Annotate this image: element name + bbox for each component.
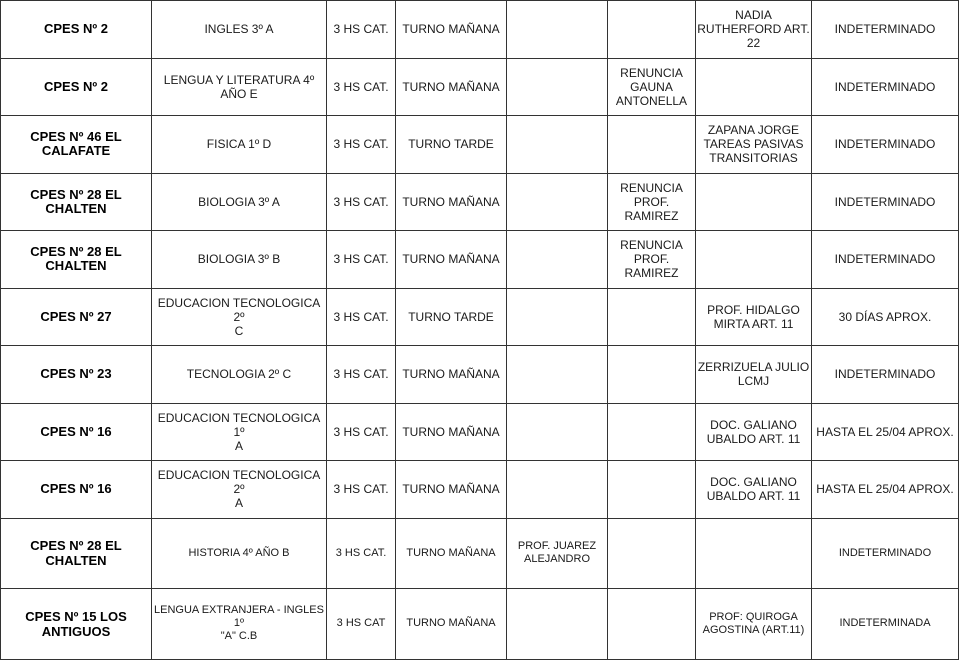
subject-cell: TECNOLOGIA 2º C <box>152 346 327 404</box>
shift-cell: TURNO MAÑANA <box>396 346 507 404</box>
hours-cell: 3 HS CAT <box>327 589 396 660</box>
assigned-teacher-cell <box>507 589 608 660</box>
vacancy-reason-cell: RENUNCIA PROF. RAMIREZ <box>608 231 696 289</box>
vacancy-reason-cell: RENUNCIA PROF. RAMIREZ <box>608 173 696 231</box>
duration-cell: INDETERMINADA <box>812 589 959 660</box>
subject-cell: FISICA 1º D <box>152 116 327 174</box>
hours-cell: 3 HS CAT. <box>327 518 396 589</box>
subject-cell: HISTORIA 4º AÑO B <box>152 518 327 589</box>
shift-cell: TURNO MAÑANA <box>396 1 507 59</box>
replaced-teacher-cell <box>696 58 812 116</box>
shift-cell: TURNO MAÑANA <box>396 173 507 231</box>
assigned-teacher-cell <box>507 116 608 174</box>
table-row: CPES Nº 28 EL CHALTEN BIOLOGIA 3º B 3 HS… <box>1 231 959 289</box>
assigned-teacher-cell <box>507 1 608 59</box>
school-cell: CPES Nº 2 <box>1 1 152 59</box>
subject-cell: BIOLOGIA 3º A <box>152 173 327 231</box>
duration-cell: HASTA EL 25/04 APROX. <box>812 461 959 519</box>
shift-cell: TURNO TARDE <box>396 288 507 346</box>
assigned-teacher-cell <box>507 58 608 116</box>
assigned-teacher-cell <box>507 403 608 461</box>
hours-cell: 3 HS CAT. <box>327 231 396 289</box>
vacancy-reason-cell <box>608 589 696 660</box>
school-cell: CPES Nº 28 EL CHALTEN <box>1 518 152 589</box>
table-row: CPES Nº 2 INGLES 3º A 3 HS CAT. TURNO MA… <box>1 1 959 59</box>
duration-cell: INDETERMINADO <box>812 173 959 231</box>
replaced-teacher-cell: PROF: QUIROGA AGOSTINA (ART.11) <box>696 589 812 660</box>
shift-cell: TURNO MAÑANA <box>396 518 507 589</box>
school-cell: CPES Nº 23 <box>1 346 152 404</box>
duration-cell: HASTA EL 25/04 APROX. <box>812 403 959 461</box>
replaced-teacher-cell: NADIA RUTHERFORD ART. 22 <box>696 1 812 59</box>
replaced-teacher-cell: DOC. GALIANO UBALDO ART. 11 <box>696 403 812 461</box>
hours-cell: 3 HS CAT. <box>327 1 396 59</box>
table-row: CPES Nº 16 EDUCACION TECNOLOGICA 2º A 3 … <box>1 461 959 519</box>
table-row: CPES Nº 16 EDUCACION TECNOLOGICA 1º A 3 … <box>1 403 959 461</box>
shift-cell: TURNO MAÑANA <box>396 231 507 289</box>
replaced-teacher-cell <box>696 231 812 289</box>
vacancy-reason-cell <box>608 346 696 404</box>
table-row: CPES Nº 28 EL CHALTEN HISTORIA 4º AÑO B … <box>1 518 959 589</box>
vacancy-reason-cell <box>608 116 696 174</box>
assigned-teacher-cell <box>507 173 608 231</box>
shift-cell: TURNO TARDE <box>396 116 507 174</box>
vacancy-reason-cell <box>608 288 696 346</box>
subject-cell: LENGUA EXTRANJERA - INGLES 1º "A" C.B <box>152 589 327 660</box>
replaced-teacher-cell <box>696 518 812 589</box>
vacancy-reason-cell <box>608 403 696 461</box>
school-cell: CPES Nº 16 <box>1 403 152 461</box>
assigned-teacher-cell <box>507 288 608 346</box>
vacancy-reason-cell <box>608 1 696 59</box>
replaced-teacher-cell: PROF. HIDALGO MIRTA ART. 11 <box>696 288 812 346</box>
subject-cell: INGLES 3º A <box>152 1 327 59</box>
school-cell: CPES Nº 2 <box>1 58 152 116</box>
shift-cell: TURNO MAÑANA <box>396 403 507 461</box>
shift-cell: TURNO MAÑANA <box>396 58 507 116</box>
hours-cell: 3 HS CAT. <box>327 461 396 519</box>
vacancies-table: CPES Nº 2 INGLES 3º A 3 HS CAT. TURNO MA… <box>0 0 959 660</box>
table-row: CPES Nº 46 EL CALAFATE FISICA 1º D 3 HS … <box>1 116 959 174</box>
subject-cell: EDUCACION TECNOLOGICA 2º A <box>152 461 327 519</box>
table-row: CPES Nº 15 LOS ANTIGUOS LENGUA EXTRANJER… <box>1 589 959 660</box>
vacancy-reason-cell <box>608 518 696 589</box>
school-cell: CPES Nº 46 EL CALAFATE <box>1 116 152 174</box>
hours-cell: 3 HS CAT. <box>327 346 396 404</box>
replaced-teacher-cell: ZERRIZUELA JULIO LCMJ <box>696 346 812 404</box>
school-cell: CPES Nº 27 <box>1 288 152 346</box>
shift-cell: TURNO MAÑANA <box>396 589 507 660</box>
duration-cell: INDETERMINADO <box>812 346 959 404</box>
replaced-teacher-cell: ZAPANA JORGE TAREAS PASIVAS TRANSITORIAS <box>696 116 812 174</box>
duration-cell: INDETERMINADO <box>812 231 959 289</box>
hours-cell: 3 HS CAT. <box>327 403 396 461</box>
subject-cell: LENGUA Y LITERATURA 4º AÑO E <box>152 58 327 116</box>
shift-cell: TURNO MAÑANA <box>396 461 507 519</box>
assigned-teacher-cell <box>507 461 608 519</box>
subject-cell: EDUCACION TECNOLOGICA 1º A <box>152 403 327 461</box>
duration-cell: INDETERMINADO <box>812 1 959 59</box>
school-cell: CPES Nº 15 LOS ANTIGUOS <box>1 589 152 660</box>
hours-cell: 3 HS CAT. <box>327 116 396 174</box>
hours-cell: 3 HS CAT. <box>327 173 396 231</box>
vacancy-reason-cell <box>608 461 696 519</box>
hours-cell: 3 HS CAT. <box>327 58 396 116</box>
school-cell: CPES Nº 28 EL CHALTEN <box>1 173 152 231</box>
school-cell: CPES Nº 28 EL CHALTEN <box>1 231 152 289</box>
table-row: CPES Nº 28 EL CHALTEN BIOLOGIA 3º A 3 HS… <box>1 173 959 231</box>
subject-cell: EDUCACION TECNOLOGICA 2º C <box>152 288 327 346</box>
hours-cell: 3 HS CAT. <box>327 288 396 346</box>
table-row: CPES Nº 23 TECNOLOGIA 2º C 3 HS CAT. TUR… <box>1 346 959 404</box>
table-row: CPES Nº 2 LENGUA Y LITERATURA 4º AÑO E 3… <box>1 58 959 116</box>
replaced-teacher-cell: DOC. GALIANO UBALDO ART. 11 <box>696 461 812 519</box>
vacancy-reason-cell: RENUNCIA GAUNA ANTONELLA <box>608 58 696 116</box>
school-cell: CPES Nº 16 <box>1 461 152 519</box>
assigned-teacher-cell: PROF. JUAREZ ALEJANDRO <box>507 518 608 589</box>
assigned-teacher-cell <box>507 231 608 289</box>
assigned-teacher-cell <box>507 346 608 404</box>
table-row: CPES Nº 27 EDUCACION TECNOLOGICA 2º C 3 … <box>1 288 959 346</box>
duration-cell: 30 DÍAS APROX. <box>812 288 959 346</box>
subject-cell: BIOLOGIA 3º B <box>152 231 327 289</box>
replaced-teacher-cell <box>696 173 812 231</box>
duration-cell: INDETERMINADO <box>812 518 959 589</box>
duration-cell: INDETERMINADO <box>812 58 959 116</box>
duration-cell: INDETERMINADO <box>812 116 959 174</box>
